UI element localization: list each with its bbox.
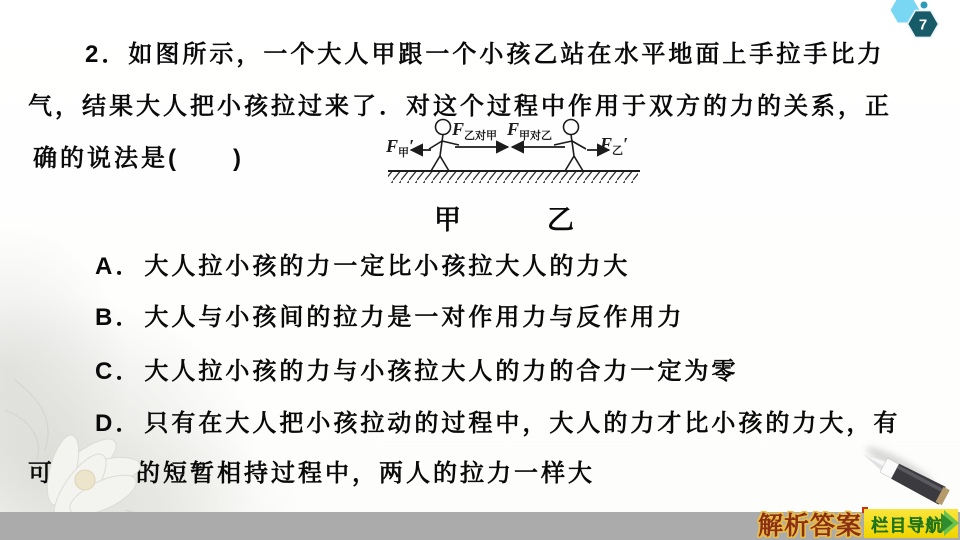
nav-button[interactable]: 栏目导航: [864, 509, 958, 538]
force-label-f-yi-prime: F乙′: [600, 134, 628, 158]
force-label-f-jia-prime: F甲′: [386, 136, 414, 160]
question-line-1: 2．如图所示，一个大人甲跟一个小孩乙站在水平地面上手拉手比力: [85, 34, 884, 69]
question-line-3: 确的说法是( ): [33, 138, 244, 173]
option-c: C．大人拉小孩的力与小孩拉大人的力的合力一定为零: [95, 351, 738, 386]
person-label-yi: 乙: [547, 198, 574, 237]
brush-pen-icon: [852, 438, 960, 516]
force-label-f-yi-on-jia: F乙对甲: [452, 119, 497, 143]
arrow-right-inner-icon: [941, 513, 953, 533]
person-label-jia: 甲: [434, 198, 461, 237]
nav-button-label: 栏目导航: [871, 511, 943, 536]
option-b: B．大人与小孩间的拉力是一对作用力与反作用力: [95, 297, 684, 332]
slide: 7 2．如图所示，一个大人甲跟一个小孩乙站在水平地面上手拉手比力 气，结果大人把…: [0, 0, 960, 540]
option-d-line2: 可能出现的短暂相持过程中，两人的拉力一样大: [28, 453, 595, 488]
option-b-text: 大人与小孩间的拉力是一对作用力与反作用力: [144, 304, 684, 331]
ground-hatching: [388, 172, 638, 183]
badge-dot-icon: [921, 2, 928, 9]
option-c-text: 大人拉小孩的力与小孩拉大人的力的合力一定为零: [144, 358, 738, 385]
page-number-badge: 7: [885, 0, 955, 48]
person-yi-figure: [554, 120, 586, 172]
option-a-text: 大人拉小孩的力一定比小孩拉大人的力大: [144, 253, 630, 280]
answer-button[interactable]: 解析答案: [758, 506, 862, 540]
option-b-label: B．: [95, 304, 142, 331]
option-d-label: D．: [95, 410, 142, 437]
option-d: D．只有在大人把小孩拉动的过程中，大人的力才比小孩的力大，有: [95, 403, 900, 438]
page-number: 7: [919, 17, 927, 34]
option-d-text: 只有在大人把小孩拉动的过程中，大人的力才比小孩的力大，有: [144, 410, 900, 437]
option-c-label: C．: [95, 358, 142, 385]
force-label-f-jia-on-yi: F甲对乙: [507, 119, 552, 143]
option-a: A．大人拉小孩的力一定比小孩拉大人的力大: [95, 246, 630, 281]
option-a-label: A．: [95, 253, 142, 280]
